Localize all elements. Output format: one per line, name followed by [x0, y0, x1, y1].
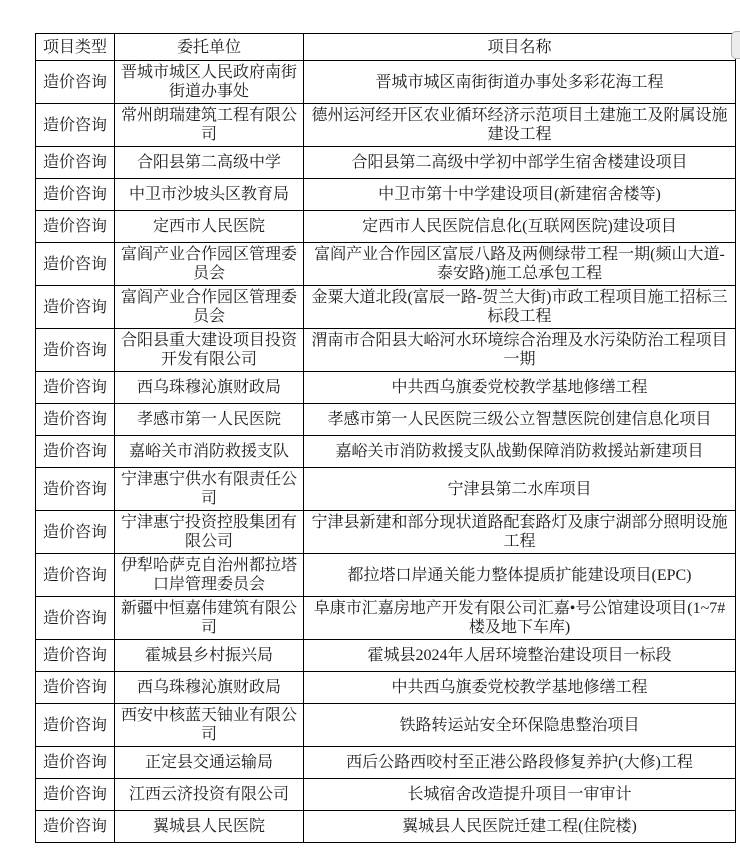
cell-project-type: 造价咨询	[36, 640, 115, 672]
cell-project-type: 造价咨询	[36, 511, 115, 554]
column-header-client: 委托单位	[115, 34, 304, 61]
cell-project-name: 阜康市汇嘉房地产开发有限公司汇嘉•号公馆建设项目(1~7#楼及地下车库)	[304, 597, 736, 640]
cell-project-name: 中共西乌旗委党校教学基地修缮工程	[304, 372, 736, 404]
cell-client: 富阎产业合作园区管理委员会	[115, 286, 304, 329]
table-row: 造价咨询正定县交通运输局西后公路西咬村至正港公路段修复养护(大修)工程	[36, 747, 736, 779]
cell-project-name: 宁津县新建和部分现状道路配套路灯及康宁湖部分照明设施工程	[304, 511, 736, 554]
cell-project-type: 造价咨询	[36, 779, 115, 811]
cell-project-type: 造价咨询	[36, 811, 115, 843]
cell-client: 西乌珠穆沁旗财政局	[115, 372, 304, 404]
cell-project-name: 宁津县第二水库项目	[304, 468, 736, 511]
table-row: 造价咨询常州朗瑞建筑工程有限公司德州运河经开区农业循环经济示范项目土建施工及附属…	[36, 104, 736, 147]
table-row: 造价咨询江西云济投资有限公司长城宿舍改造提升项目一审审计	[36, 779, 736, 811]
cell-project-name: 都拉塔口岸通关能力整体提质扩能建设项目(EPC)	[304, 554, 736, 597]
table-row: 造价咨询中卫市沙坡头区教育局中卫市第十中学建设项目(新建宿舍楼等)	[36, 179, 736, 211]
cell-project-type: 造价咨询	[36, 672, 115, 704]
cell-project-name: 定西市人民医院信息化(互联网医院)建设项目	[304, 211, 736, 243]
table-row: 造价咨询西安中核蓝天铀业有限公司铁路转运站安全环保隐患整治项目	[36, 704, 736, 747]
cell-client: 翼城县人民医院	[115, 811, 304, 843]
cell-project-name: 霍城县2024年人居环境整治建设项目一标段	[304, 640, 736, 672]
projects-table: 项目类型 委托单位 项目名称 造价咨询晋城市城区人民政府南街街道办事处晋城市城区…	[35, 33, 736, 843]
cell-client: 新疆中恒嘉伟建筑有限公司	[115, 597, 304, 640]
cell-project-type: 造价咨询	[36, 404, 115, 436]
cell-client: 宁津惠宁供水有限责任公司	[115, 468, 304, 511]
cell-project-type: 造价咨询	[36, 286, 115, 329]
cell-client: 中卫市沙坡头区教育局	[115, 179, 304, 211]
cell-project-name: 德州运河经开区农业循环经济示范项目土建施工及附属设施建设工程	[304, 104, 736, 147]
cell-client: 宁津惠宁投资控股集团有限公司	[115, 511, 304, 554]
projects-table-header: 项目类型 委托单位 项目名称	[36, 34, 736, 61]
table-row: 造价咨询西乌珠穆沁旗财政局中共西乌旗委党校教学基地修缮工程	[36, 672, 736, 704]
cell-project-type: 造价咨询	[36, 211, 115, 243]
cell-client: 合阳县重大建设项目投资开发有限公司	[115, 329, 304, 372]
cell-client: 孝感市第一人民医院	[115, 404, 304, 436]
cell-project-type: 造价咨询	[36, 147, 115, 179]
cell-project-name: 铁路转运站安全环保隐患整治项目	[304, 704, 736, 747]
cell-project-name: 富阎产业合作园区富辰八路及两侧绿带工程一期(频山大道-泰安路)施工总承包工程	[304, 243, 736, 286]
cell-project-type: 造价咨询	[36, 61, 115, 104]
table-row: 造价咨询定西市人民医院定西市人民医院信息化(互联网医院)建设项目	[36, 211, 736, 243]
cell-project-type: 造价咨询	[36, 554, 115, 597]
cell-project-name: 中共西乌旗委党校教学基地修缮工程	[304, 672, 736, 704]
cell-project-name: 嘉峪关市消防救援支队战勤保障消防救援站新建项目	[304, 436, 736, 468]
cell-project-type: 造价咨询	[36, 436, 115, 468]
column-header-project-name: 项目名称	[304, 34, 736, 61]
cell-client: 霍城县乡村振兴局	[115, 640, 304, 672]
cell-project-type: 造价咨询	[36, 104, 115, 147]
cell-client: 富阎产业合作园区管理委员会	[115, 243, 304, 286]
table-row: 造价咨询富阎产业合作园区管理委员会富阎产业合作园区富辰八路及两侧绿带工程一期(频…	[36, 243, 736, 286]
table-row: 造价咨询西乌珠穆沁旗财政局中共西乌旗委党校教学基地修缮工程	[36, 372, 736, 404]
projects-table-body: 造价咨询晋城市城区人民政府南街街道办事处晋城市城区南街街道办事处多彩花海工程造价…	[36, 61, 736, 843]
cell-project-name: 合阳县第二高级中学初中部学生宿舍楼建设项目	[304, 147, 736, 179]
cell-client: 定西市人民医院	[115, 211, 304, 243]
cell-client: 嘉峪关市消防救援支队	[115, 436, 304, 468]
cell-project-name: 金粟大道北段(富辰一路-贺兰大街)市政工程项目施工招标三标段工程	[304, 286, 736, 329]
table-row: 造价咨询合阳县重大建设项目投资开发有限公司渭南市合阳县大峪河水环境综合治理及水污…	[36, 329, 736, 372]
table-row: 造价咨询伊犁哈萨克自治州都拉塔口岸管理委员会都拉塔口岸通关能力整体提质扩能建设项…	[36, 554, 736, 597]
table-row: 造价咨询晋城市城区人民政府南街街道办事处晋城市城区南街街道办事处多彩花海工程	[36, 61, 736, 104]
cell-project-name: 中卫市第十中学建设项目(新建宿舍楼等)	[304, 179, 736, 211]
table-row: 造价咨询嘉峪关市消防救援支队嘉峪关市消防救援支队战勤保障消防救援站新建项目	[36, 436, 736, 468]
scrollbar-thumb[interactable]	[731, 31, 740, 59]
cell-project-type: 造价咨询	[36, 243, 115, 286]
cell-project-name: 孝感市第一人民医院三级公立智慧医院创建信息化项目	[304, 404, 736, 436]
cell-client: 晋城市城区人民政府南街街道办事处	[115, 61, 304, 104]
cell-client: 江西云济投资有限公司	[115, 779, 304, 811]
cell-client: 合阳县第二高级中学	[115, 147, 304, 179]
header-row: 项目类型 委托单位 项目名称	[36, 34, 736, 61]
cell-project-type: 造价咨询	[36, 372, 115, 404]
table-row: 造价咨询孝感市第一人民医院孝感市第一人民医院三级公立智慧医院创建信息化项目	[36, 404, 736, 436]
cell-project-type: 造价咨询	[36, 747, 115, 779]
cell-project-name: 晋城市城区南街街道办事处多彩花海工程	[304, 61, 736, 104]
cell-project-name: 长城宿舍改造提升项目一审审计	[304, 779, 736, 811]
table-row: 造价咨询霍城县乡村振兴局霍城县2024年人居环境整治建设项目一标段	[36, 640, 736, 672]
table-row: 造价咨询合阳县第二高级中学合阳县第二高级中学初中部学生宿舍楼建设项目	[36, 147, 736, 179]
cell-project-name: 渭南市合阳县大峪河水环境综合治理及水污染防治工程项目一期	[304, 329, 736, 372]
table-row: 造价咨询翼城县人民医院翼城县人民医院迁建工程(住院楼)	[36, 811, 736, 843]
table-row: 造价咨询新疆中恒嘉伟建筑有限公司阜康市汇嘉房地产开发有限公司汇嘉•号公馆建设项目…	[36, 597, 736, 640]
cell-client: 西安中核蓝天铀业有限公司	[115, 704, 304, 747]
column-header-project-type: 项目类型	[36, 34, 115, 61]
cell-project-type: 造价咨询	[36, 329, 115, 372]
cell-project-name: 西后公路西咬村至正港公路段修复养护(大修)工程	[304, 747, 736, 779]
cell-project-type: 造价咨询	[36, 597, 115, 640]
page: 项目类型 委托单位 项目名称 造价咨询晋城市城区人民政府南街街道办事处晋城市城区…	[0, 0, 740, 849]
cell-client: 西乌珠穆沁旗财政局	[115, 672, 304, 704]
cell-project-type: 造价咨询	[36, 704, 115, 747]
cell-client: 常州朗瑞建筑工程有限公司	[115, 104, 304, 147]
cell-project-name: 翼城县人民医院迁建工程(住院楼)	[304, 811, 736, 843]
cell-client: 伊犁哈萨克自治州都拉塔口岸管理委员会	[115, 554, 304, 597]
cell-project-type: 造价咨询	[36, 468, 115, 511]
table-row: 造价咨询富阎产业合作园区管理委员会金粟大道北段(富辰一路-贺兰大街)市政工程项目…	[36, 286, 736, 329]
cell-project-type: 造价咨询	[36, 179, 115, 211]
cell-client: 正定县交通运输局	[115, 747, 304, 779]
table-row: 造价咨询宁津惠宁供水有限责任公司宁津县第二水库项目	[36, 468, 736, 511]
table-row: 造价咨询宁津惠宁投资控股集团有限公司宁津县新建和部分现状道路配套路灯及康宁湖部分…	[36, 511, 736, 554]
